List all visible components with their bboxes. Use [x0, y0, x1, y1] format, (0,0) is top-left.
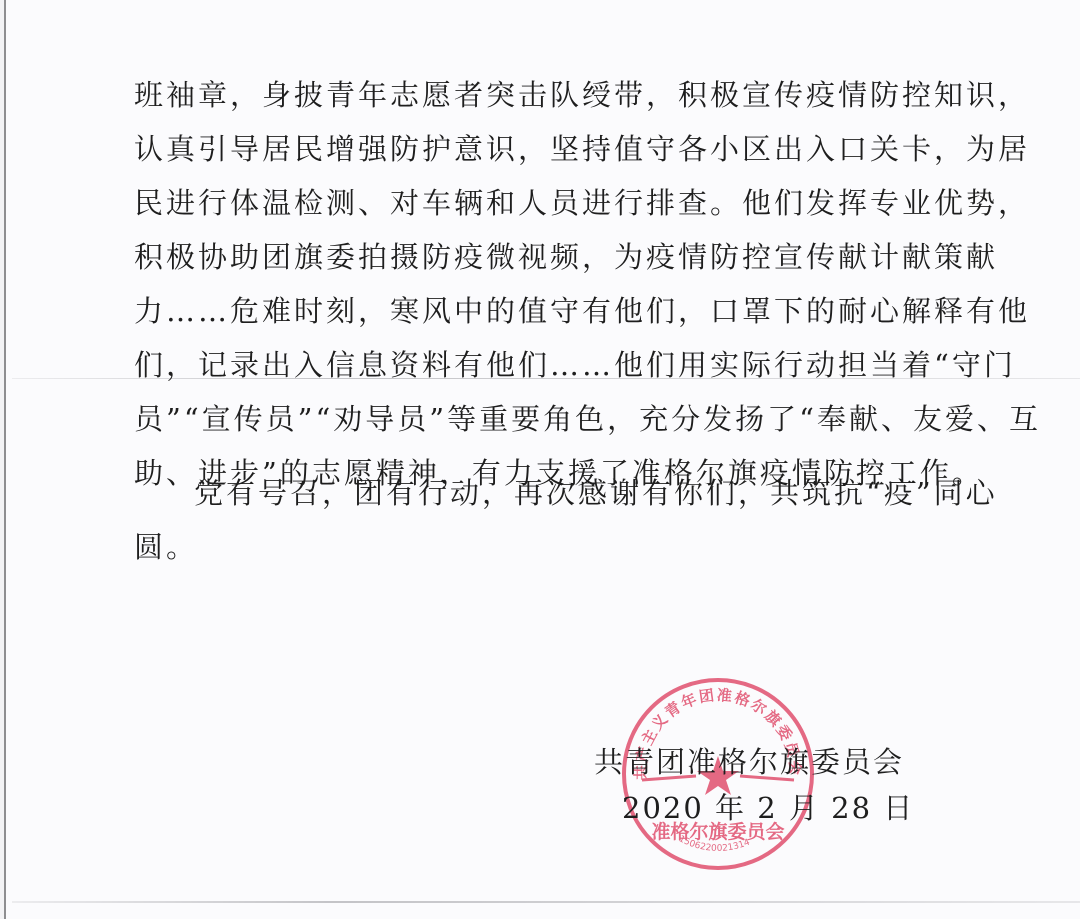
- signature-block: 共青团准格尔旗委员会 2020 年 2 月 28 日: [594, 740, 894, 832]
- body-line: 民进行体温检测、对车辆和人员进行排查。他们发挥专业优势，: [134, 176, 934, 230]
- body-line: 班袖章，身披青年志愿者突击队绶带，积极宣传疫情防控知识，: [134, 68, 934, 122]
- body-line: 们，记录出入信息资料有他们……他们用实际行动担当着“守门: [134, 338, 934, 392]
- signing-date: 2020 年 2 月 28 日: [594, 784, 894, 832]
- closing-paragraph: 党有号召，团有行动，再次感谢有你们，共筑抗“疫”同心 圆。: [134, 466, 934, 574]
- paper-fold-line: [12, 901, 1080, 903]
- closing-line: 党有号召，团有行动，再次感谢有你们，共筑抗“疫”同心: [134, 466, 934, 520]
- signing-organization: 共青团准格尔旗委员会: [594, 740, 894, 784]
- body-line: 力……危难时刻，寒风中的值守有他们，口罩下的耐心解释有他: [134, 284, 934, 338]
- closing-line: 圆。: [134, 520, 934, 574]
- body-line: 积极协助团旗委拍摄防疫微视频，为疫情防控宣传献计献策献: [134, 230, 934, 284]
- body-line: 认真引导居民增强防护意识，坚持值守各小区出入口关卡，为居: [134, 122, 934, 176]
- letter-body: 班袖章，身披青年志愿者突击队绶带，积极宣传疫情防控知识， 认真引导居民增强防护意…: [134, 68, 934, 500]
- body-line: 员”“宣传员”“劝导员”等重要角色，充分发扬了“奉献、友爱、互: [134, 392, 934, 446]
